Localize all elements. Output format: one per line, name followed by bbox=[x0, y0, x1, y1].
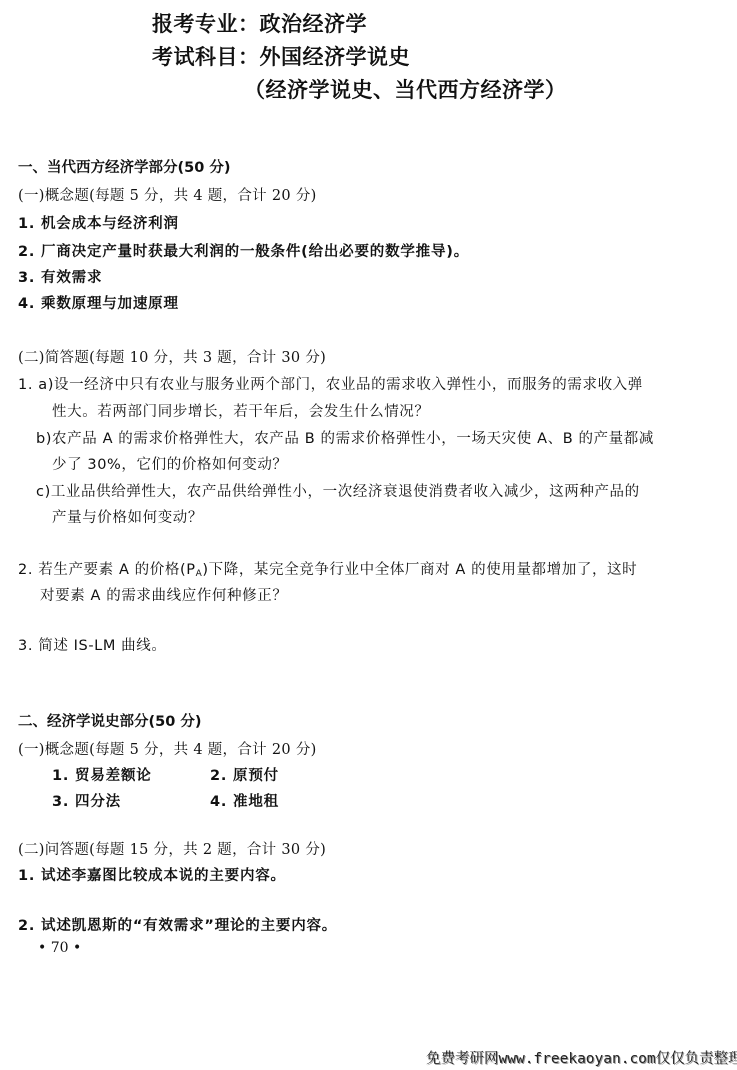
concept-item: 4. 乘数原理与加速原理 bbox=[18, 292, 179, 313]
part-2-title: 二、经济学说史部分(50 分) bbox=[18, 710, 201, 731]
concept-item: 3. 有效需求 bbox=[18, 266, 102, 287]
concept-item: 1. 贸易差额论 bbox=[52, 764, 152, 785]
concept-item: 4. 准地租 bbox=[210, 790, 279, 811]
concept-item: 1. 机会成本与经济利润 bbox=[18, 212, 179, 233]
subject-label: 考试科目：外国经济学说史 bbox=[152, 41, 410, 71]
question-1b-line-2: 少了 30%，它们的价格如何变动？ bbox=[52, 453, 288, 474]
page-number: • 70 • bbox=[38, 940, 81, 956]
subject-subtitle: （经济学说史、当代西方经济学） bbox=[244, 74, 567, 104]
question-3: 3. 简述 IS-LM 曲线。 bbox=[18, 634, 166, 655]
question-1c-line-1: c)工业品供给弹性大，农产品供给弹性小，一次经济衰退使消费者收入减少，这两种产品… bbox=[36, 480, 640, 501]
concept-item: 3. 四分法 bbox=[52, 790, 121, 811]
question-1c-line-2: 产量与价格如何变动？ bbox=[52, 506, 203, 527]
part-1-section-1-heading: (一)概念题(每题 5 分，共 4 题，合计 20 分) bbox=[18, 184, 317, 205]
question-1b-line-1: b)农产品 A 的需求价格弹性大，农产品 B 的需求价格弹性小，一场天灾使 A、… bbox=[36, 427, 654, 448]
part-2-section-1-heading: (一)概念题(每题 5 分，共 4 题，合计 20 分) bbox=[18, 738, 317, 759]
part-2-section-2-heading: (二)问答题(每题 15 分，共 2 题，合计 30 分) bbox=[18, 838, 326, 859]
major-label: 报考专业：政治经济学 bbox=[152, 8, 367, 38]
concept-item: 2. 原预付 bbox=[210, 764, 279, 785]
watermark-footer: 免费考研网www.freekaoyan.com仅仅负责整理资料 bbox=[426, 1047, 737, 1068]
part-1-title: 一、当代西方经济学部分(50 分) bbox=[18, 156, 230, 177]
question-2-line-1: 2. 若生产要素 A 的价格(PA)下降，某完全竞争行业中全体厂商对 A 的使用… bbox=[18, 558, 637, 579]
question-2-text: )下降，某完全竞争行业中全体厂商对 A 的使用量都增加了，这时 bbox=[202, 562, 637, 578]
part-1-section-2-heading: (二)简答题(每题 10 分，共 3 题，合计 30 分) bbox=[18, 346, 326, 367]
essay-question-2: 2. 试述凯恩斯的“有效需求”理论的主要内容。 bbox=[18, 914, 337, 935]
question-1a-line-2: 性大。若两部门同步增长，若干年后，会发生什么情况？ bbox=[52, 400, 430, 421]
essay-question-1: 1. 试述李嘉图比较成本说的主要内容。 bbox=[18, 864, 286, 885]
question-1a-line-1: 1. a)设一经济中只有农业与服务业两个部门，农业品的需求收入弹性小，而服务的需… bbox=[18, 373, 643, 394]
question-2-line-2: 对要素 A 的需求曲线应作何种修正？ bbox=[40, 584, 287, 605]
question-2-text: 2. 若生产要素 A 的价格(P bbox=[18, 562, 196, 578]
concept-item: 2. 厂商决定产量时获最大利润的一般条件(给出必要的数学推导)。 bbox=[18, 240, 469, 261]
